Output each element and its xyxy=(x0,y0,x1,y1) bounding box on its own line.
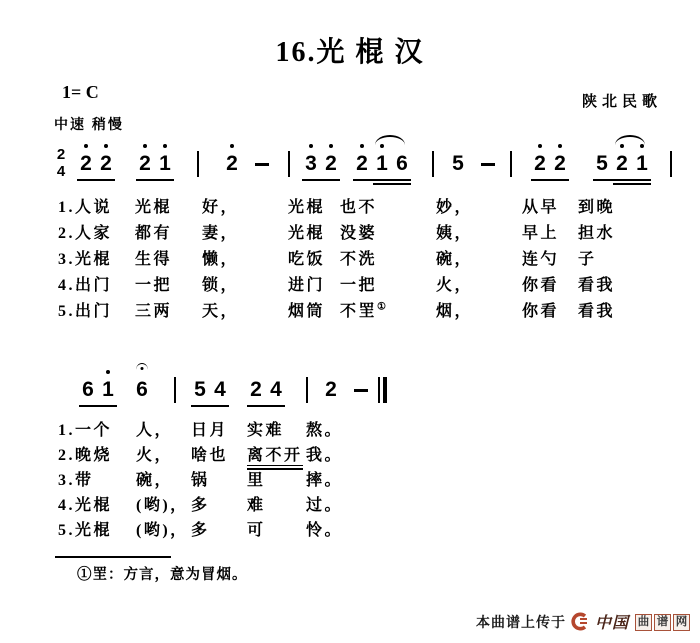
lyric-cell: 碗， xyxy=(136,467,173,490)
note-token: 5 xyxy=(448,151,468,177)
time-signature-bottom: 4 xyxy=(52,163,70,180)
lyric-cell: 锅 xyxy=(191,467,210,490)
octave-dot xyxy=(104,144,108,148)
lyric-cell: 1.一个 xyxy=(58,417,112,440)
lyric-cell: 一把 xyxy=(340,272,377,295)
note-token xyxy=(351,377,371,403)
lyric-cell: 4.光棍 xyxy=(58,492,112,515)
song-title: 16.光 棍 汉 xyxy=(0,30,700,70)
lyric-cell: 摔。 xyxy=(306,467,343,490)
note-token: 2 xyxy=(550,151,570,177)
lyric-cell: 我。 xyxy=(306,442,343,465)
lyric-cell: 你看 xyxy=(522,298,559,321)
final-barline-thin xyxy=(378,377,380,403)
lyric-cell: 实难 xyxy=(247,417,284,440)
lyric-cell: 5.光棍 xyxy=(58,517,112,540)
lyric-cell: 不洗 xyxy=(340,246,377,269)
lyric-cell: 可 xyxy=(247,517,266,540)
octave-dot xyxy=(230,144,234,148)
note-token xyxy=(252,151,272,177)
sixteenth-beam xyxy=(373,183,411,185)
note-token: 6 xyxy=(132,377,152,403)
note-token: 2 xyxy=(321,151,341,177)
eighth-beam xyxy=(353,179,411,181)
octave-dot xyxy=(163,144,167,148)
note-token: 2 xyxy=(222,151,242,177)
score-page: 16.光 棍 汉 1= C 陕北民歌 中速 稍慢 242221232216522… xyxy=(0,0,700,643)
octave-dot xyxy=(143,144,147,148)
duration-dash xyxy=(354,389,368,392)
lyric-cell: 一把 xyxy=(135,272,172,295)
note-token: 2 xyxy=(246,377,266,403)
site-name-box-char: 曲 xyxy=(635,614,652,631)
note-group: 61 xyxy=(78,377,118,403)
lyric-cell: 碗， xyxy=(436,246,473,269)
note-token: 2 xyxy=(612,151,632,177)
lyric-cell: 2.晚烧 xyxy=(58,442,112,465)
barline xyxy=(670,151,672,177)
lyric-cell: 不罜① xyxy=(340,298,386,321)
lyric-underlined: 离不开 xyxy=(247,442,303,466)
lyric-cell: 锁， xyxy=(202,272,239,295)
note-token: 4 xyxy=(266,377,286,403)
slur-arc xyxy=(615,135,645,145)
note-group: 5 xyxy=(448,151,498,177)
time-signature: 24 xyxy=(52,146,70,180)
lyric-cell: 1.人说 xyxy=(58,194,112,217)
lyric-cell: 看我 xyxy=(578,298,615,321)
lyric-cell: 过。 xyxy=(306,492,343,515)
eighth-beam xyxy=(191,405,229,407)
lyric-cell: 担水 xyxy=(578,220,615,243)
lyric-cell: 也不 xyxy=(340,194,377,217)
lyric-cell: (哟)， xyxy=(136,517,189,540)
note-token: 2 xyxy=(530,151,550,177)
note-group: 6 xyxy=(132,377,152,403)
lyric-cell: 妙， xyxy=(436,194,473,217)
lyric-cell: 子 xyxy=(578,246,597,269)
time-signature-top: 2 xyxy=(52,146,70,163)
octave-dot xyxy=(84,144,88,148)
note-group: 2 xyxy=(321,377,371,403)
lyric-cell: 4.出门 xyxy=(58,272,112,295)
note-token: 6 xyxy=(78,377,98,403)
note-token: 1 xyxy=(98,377,118,403)
note-token: 6 xyxy=(392,151,412,177)
eighth-beam xyxy=(77,179,115,181)
music-line-1: 242221232216522521 xyxy=(0,151,700,177)
note-group: 521 xyxy=(592,151,652,177)
lyric-cell: 好， xyxy=(202,194,239,217)
lyric-cell: 火， xyxy=(436,272,473,295)
footnote-separator xyxy=(55,556,171,558)
lyric-cell: 难 xyxy=(247,492,266,515)
note-token: 2 xyxy=(352,151,372,177)
lyric-cell: 烟， xyxy=(436,298,473,321)
lyric-cell: 多 xyxy=(191,492,210,515)
lyric-cell: 姨， xyxy=(436,220,473,243)
lyric-cell: 日月 xyxy=(191,417,228,440)
fermata-dot xyxy=(141,367,144,370)
eighth-beam xyxy=(593,179,651,181)
lyric-cell: 人， xyxy=(136,417,173,440)
lyric-cell: 生得 xyxy=(135,246,172,269)
lyric-cell: 连勺 xyxy=(522,246,559,269)
lyric-cell: 火， xyxy=(136,442,173,465)
note-token: 2 xyxy=(135,151,155,177)
note-group: 24 xyxy=(246,377,286,403)
note-token: 2 xyxy=(96,151,116,177)
note-group: 2 xyxy=(222,151,272,177)
note-group: 54 xyxy=(190,377,230,403)
note-token xyxy=(478,151,498,177)
lyric-cell: 离不开 xyxy=(247,442,303,466)
lyric-cell: 怜。 xyxy=(306,517,343,540)
duration-dash xyxy=(255,163,269,166)
lyric-cell: 吃饭 xyxy=(288,246,325,269)
octave-dot xyxy=(106,370,110,374)
lyric-cell: 3.光棍 xyxy=(58,246,112,269)
lyric-cell: 烟筒 xyxy=(288,298,325,321)
song-source: 陕北民歌 xyxy=(582,90,662,111)
octave-dot xyxy=(558,144,562,148)
duration-dash xyxy=(481,163,495,166)
barline xyxy=(306,377,308,403)
lyric-cell: 多 xyxy=(191,517,210,540)
eighth-beam xyxy=(302,179,340,181)
lyric-cell: 懒， xyxy=(202,246,239,269)
note-token: 4 xyxy=(210,377,230,403)
lyric-cell: 光棍 xyxy=(288,220,325,243)
music-line-2: 61654242 xyxy=(0,377,700,403)
note-group: 32 xyxy=(301,151,341,177)
eighth-beam xyxy=(136,179,174,181)
watermark-prefix: 本曲谱上传于 xyxy=(476,612,566,632)
lyric-cell: 熬。 xyxy=(306,417,343,440)
note-token: 5 xyxy=(190,377,210,403)
lyric-cell: 看我 xyxy=(578,272,615,295)
note-token: 3 xyxy=(301,151,321,177)
lyric-cell: 你看 xyxy=(522,272,559,295)
note-token: 1 xyxy=(632,151,652,177)
note-token: 2 xyxy=(321,377,341,403)
note-group: 216 xyxy=(352,151,412,177)
site-name-box-char: 网 xyxy=(673,614,690,631)
octave-dot xyxy=(538,144,542,148)
site-name-box-char: 谱 xyxy=(654,614,671,631)
lyric-cell: 进门 xyxy=(288,272,325,295)
eighth-beam xyxy=(247,405,285,407)
lyric-cell: 早上 xyxy=(522,220,559,243)
octave-dot xyxy=(309,144,313,148)
lyric-cell: 3.带 xyxy=(58,467,94,490)
lyric-cell: 从早 xyxy=(522,194,559,217)
barline xyxy=(197,151,199,177)
note-token: 5 xyxy=(592,151,612,177)
key-signature: 1= C xyxy=(62,82,99,103)
note-token: 2 xyxy=(76,151,96,177)
lyric-cell: 5.出门 xyxy=(58,298,112,321)
barline xyxy=(432,151,434,177)
lyric-cell: 到晚 xyxy=(578,194,615,217)
lyric-cell: (哟)， xyxy=(136,492,189,515)
slur-arc xyxy=(375,135,405,145)
site-logo-icon xyxy=(570,612,591,631)
lyric-cell: 光棍 xyxy=(288,194,325,217)
lyric-cell: 光棍 xyxy=(135,194,172,217)
note-token: 1 xyxy=(155,151,175,177)
final-barline-thick xyxy=(383,377,387,403)
lyric-cell: 里 xyxy=(247,467,266,490)
lyric-cell: 天， xyxy=(202,298,239,321)
lyric-cell: 啥也 xyxy=(191,442,228,465)
eighth-beam xyxy=(531,179,569,181)
footnote-marker: ① xyxy=(377,302,386,313)
site-name-bold: 中国 xyxy=(595,610,629,633)
octave-dot xyxy=(360,144,364,148)
sixteenth-beam xyxy=(613,183,651,185)
site-watermark[interactable]: 本曲谱上传于 中国 曲谱网 xyxy=(476,610,690,633)
site-name-boxed: 曲谱网 xyxy=(633,612,690,631)
lyric-cell: 没婆 xyxy=(340,220,377,243)
barline xyxy=(510,151,512,177)
note-group: 22 xyxy=(76,151,116,177)
lyric-cell: 三两 xyxy=(135,298,172,321)
octave-dot xyxy=(329,144,333,148)
footnote-text: ①罜：方言，意为冒烟。 xyxy=(77,563,248,584)
tempo-marking: 中速 稍慢 xyxy=(54,114,124,134)
eighth-beam xyxy=(79,405,117,407)
lyric-cell: 都有 xyxy=(135,220,172,243)
note-token: 1 xyxy=(372,151,392,177)
note-group: 22 xyxy=(530,151,570,177)
note-group: 21 xyxy=(135,151,175,177)
lyric-cell: 妻， xyxy=(202,220,239,243)
lyric-cell: 2.人家 xyxy=(58,220,112,243)
barline xyxy=(174,377,176,403)
barline xyxy=(288,151,290,177)
